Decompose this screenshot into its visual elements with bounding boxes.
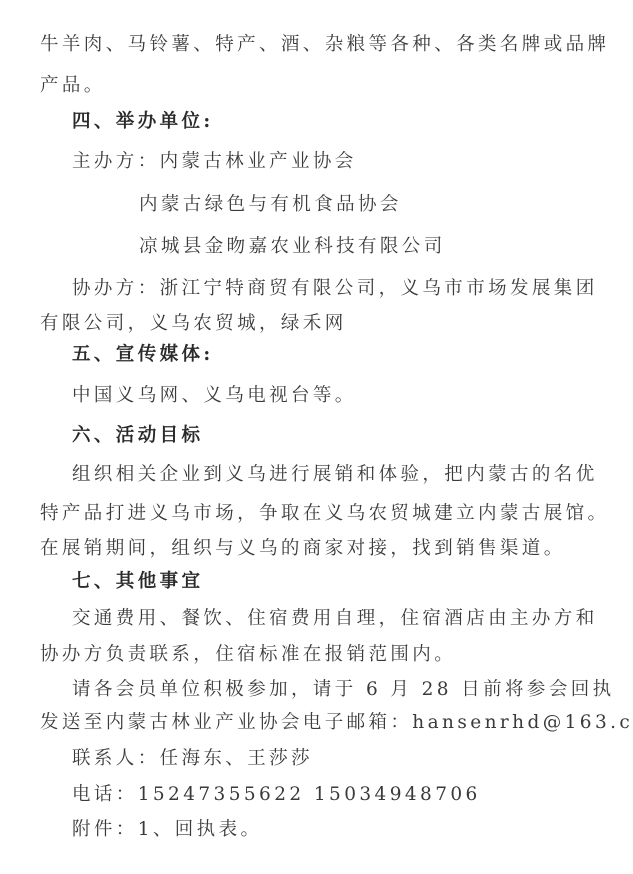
attachment-line: 附件：1、回执表。 <box>72 818 262 842</box>
paragraph-line: 牛羊肉、马铃薯、特产、酒、杂粮等各种、各类名牌或品牌 <box>40 33 609 57</box>
paragraph-line: 产品。 <box>40 74 106 98</box>
section-heading-other: 七、其他事宜 <box>72 570 203 594</box>
host-organizer-line: 内蒙古绿色与有机食品协会 <box>139 193 402 217</box>
contact-person-line: 联系人：任海东、王莎莎 <box>72 747 313 771</box>
co-organizer-line: 有限公司，义乌农贸城，绿禾网 <box>40 312 347 336</box>
goal-line: 特产品打进义乌市场，争取在义乌农贸城建立内蒙古展馆。 <box>40 502 609 526</box>
registration-line: 请各会员单位积极参加，请于 6 月 28 日前将参会回执 <box>72 678 615 702</box>
phone-line: 电话：15247355622 15034948706 <box>72 783 481 807</box>
goal-line: 在展销期间，组织与义乌的商家对接，找到销售渠道。 <box>40 537 566 561</box>
co-organizer-line: 协办方：浙江宁特商贸有限公司，义乌市市场发展集团 <box>72 277 598 301</box>
section-heading-media: 五、宣传媒体: <box>72 343 214 367</box>
host-organizer-line: 凉城县金昒嘉农业科技有限公司 <box>139 235 446 259</box>
section-heading-goal: 六、活动目标 <box>72 424 203 448</box>
goal-line: 组织相关企业到义乌进行展销和体验，把内蒙古的名优 <box>72 463 598 487</box>
section-heading-organizers: 四、举办单位: <box>72 110 214 134</box>
media-line: 中国义乌网、义乌电视台等。 <box>72 384 357 408</box>
host-organizer-line: 主办方：内蒙古林业产业协会 <box>72 150 357 174</box>
other-line: 交通费用、餐饮、住宿费用自理，住宿酒店由主办方和 <box>72 607 598 631</box>
other-line: 协办方负责联系，住宿标准在报销范围内。 <box>40 643 456 667</box>
email-line: 发送至内蒙古林业产业协会电子邮箱：hansenrhd@163.com。 <box>40 711 633 735</box>
